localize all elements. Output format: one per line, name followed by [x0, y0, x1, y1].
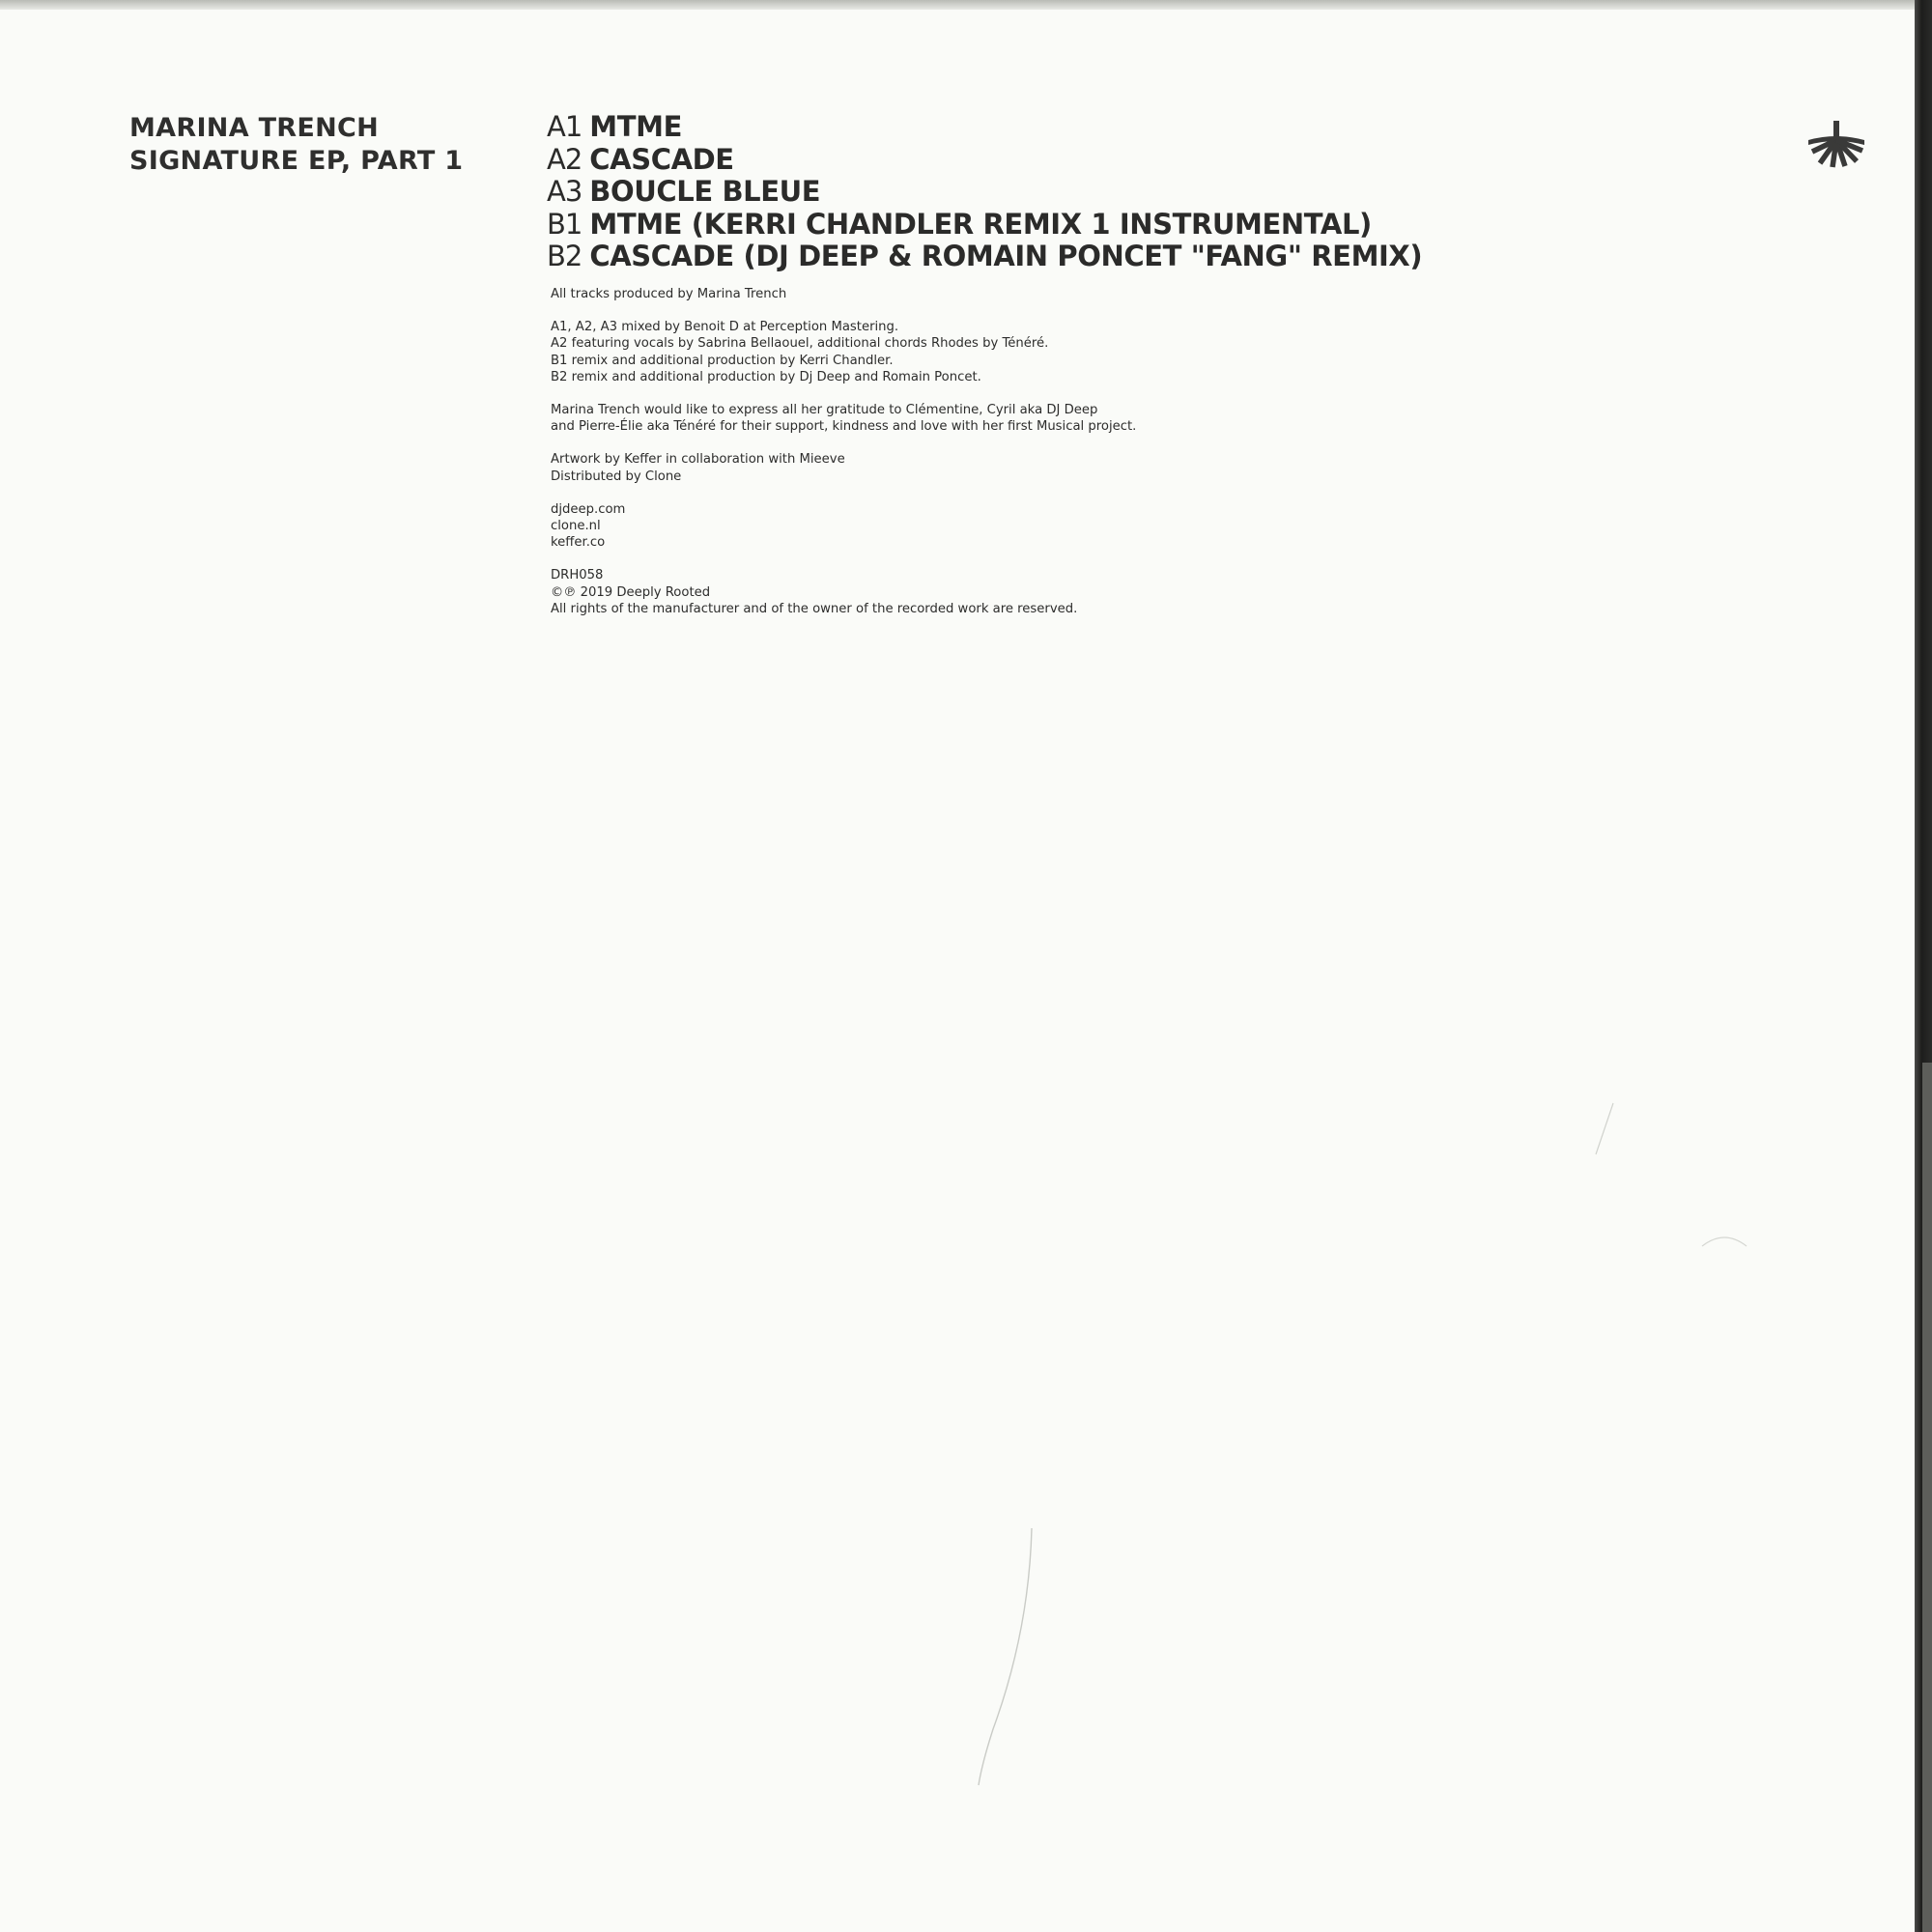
track-item: A3BOUCLE BLEUE: [547, 176, 1422, 209]
distribution-line: Distributed by Clone: [551, 469, 1136, 485]
track-item: A2CASCADE: [547, 144, 1422, 177]
produced-by-note: All tracks produced by Marina Trench: [551, 286, 1136, 302]
track-title: CASCADE (DJ DEEP & ROMAIN PONCET "FANG" …: [589, 240, 1422, 272]
track-title: BOUCLE BLEUE: [589, 175, 820, 208]
mix-note: A1, A2, A3 mixed by Benoit D at Percepti…: [551, 319, 1136, 335]
rights-notice: All rights of the manufacturer and of th…: [551, 601, 1136, 617]
track-item: B1MTME (KERRI CHANDLER REMIX 1 INSTRUMEN…: [547, 209, 1422, 241]
websites-list: djdeep.com clone.nl keffer.co: [551, 501, 1136, 552]
track-title: MTME (KERRI CHANDLER REMIX 1 INSTRUMENTA…: [589, 208, 1372, 241]
mix-note: A2 featuring vocals by Sabrina Bellaouel…: [551, 335, 1136, 352]
track-position: B2: [547, 240, 582, 272]
artist-name: MARINA TRENCH: [129, 112, 463, 145]
catalog-number: DRH058: [551, 567, 1136, 583]
website-link: djdeep.com: [551, 501, 1136, 518]
artist-block: MARINA TRENCH SIGNATURE EP, PART 1: [129, 112, 463, 178]
deeply-rooted-root-icon: [1806, 121, 1866, 169]
thanks-note: Marina Trench would like to express all …: [551, 402, 1136, 435]
sleeve-top-edge: [0, 0, 1918, 10]
mix-note: B1 remix and additional production by Ke…: [551, 353, 1136, 369]
track-position: A3: [547, 175, 582, 208]
catalog-info: DRH058 ©℗ 2019 Deeply Rooted All rights …: [551, 567, 1136, 617]
record-sleeve-back: MARINA TRENCH SIGNATURE EP, PART 1 A1MTM…: [0, 0, 1932, 1932]
track-item: A1MTME: [547, 111, 1422, 144]
track-position: B1: [547, 208, 582, 241]
track-title: CASCADE: [589, 143, 733, 176]
release-title: SIGNATURE EP, PART 1: [129, 145, 463, 178]
thanks-line: Marina Trench would like to express all …: [551, 402, 1136, 418]
surface-mark: [1584, 1101, 1623, 1159]
sleeve-right-edge-shadow: [1922, 1063, 1932, 1932]
track-position: A2: [547, 143, 582, 176]
artwork-credits: Artwork by Keffer in collaboration with …: [551, 451, 1136, 484]
copyright-line: ©℗ 2019 Deeply Rooted: [551, 584, 1136, 601]
website-link: clone.nl: [551, 518, 1136, 534]
track-position: A1: [547, 110, 582, 143]
credits-block: All tracks produced by Marina Trench A1,…: [551, 286, 1136, 634]
surface-scratch: [976, 1526, 1034, 1787]
mix-note: B2 remix and additional production by Dj…: [551, 369, 1136, 385]
website-link: keffer.co: [551, 534, 1136, 551]
track-title: MTME: [589, 110, 682, 143]
thanks-line: and Pierre-Élie aka Ténéré for their sup…: [551, 418, 1136, 435]
track-item: B2CASCADE (DJ DEEP & ROMAIN PONCET "FANG…: [547, 241, 1422, 273]
tracklist: A1MTME A2CASCADE A3BOUCLE BLEUE B1MTME (…: [547, 111, 1422, 273]
mix-notes: A1, A2, A3 mixed by Benoit D at Percepti…: [551, 319, 1136, 385]
artwork-line: Artwork by Keffer in collaboration with …: [551, 451, 1136, 468]
surface-mark: [1700, 1227, 1748, 1256]
